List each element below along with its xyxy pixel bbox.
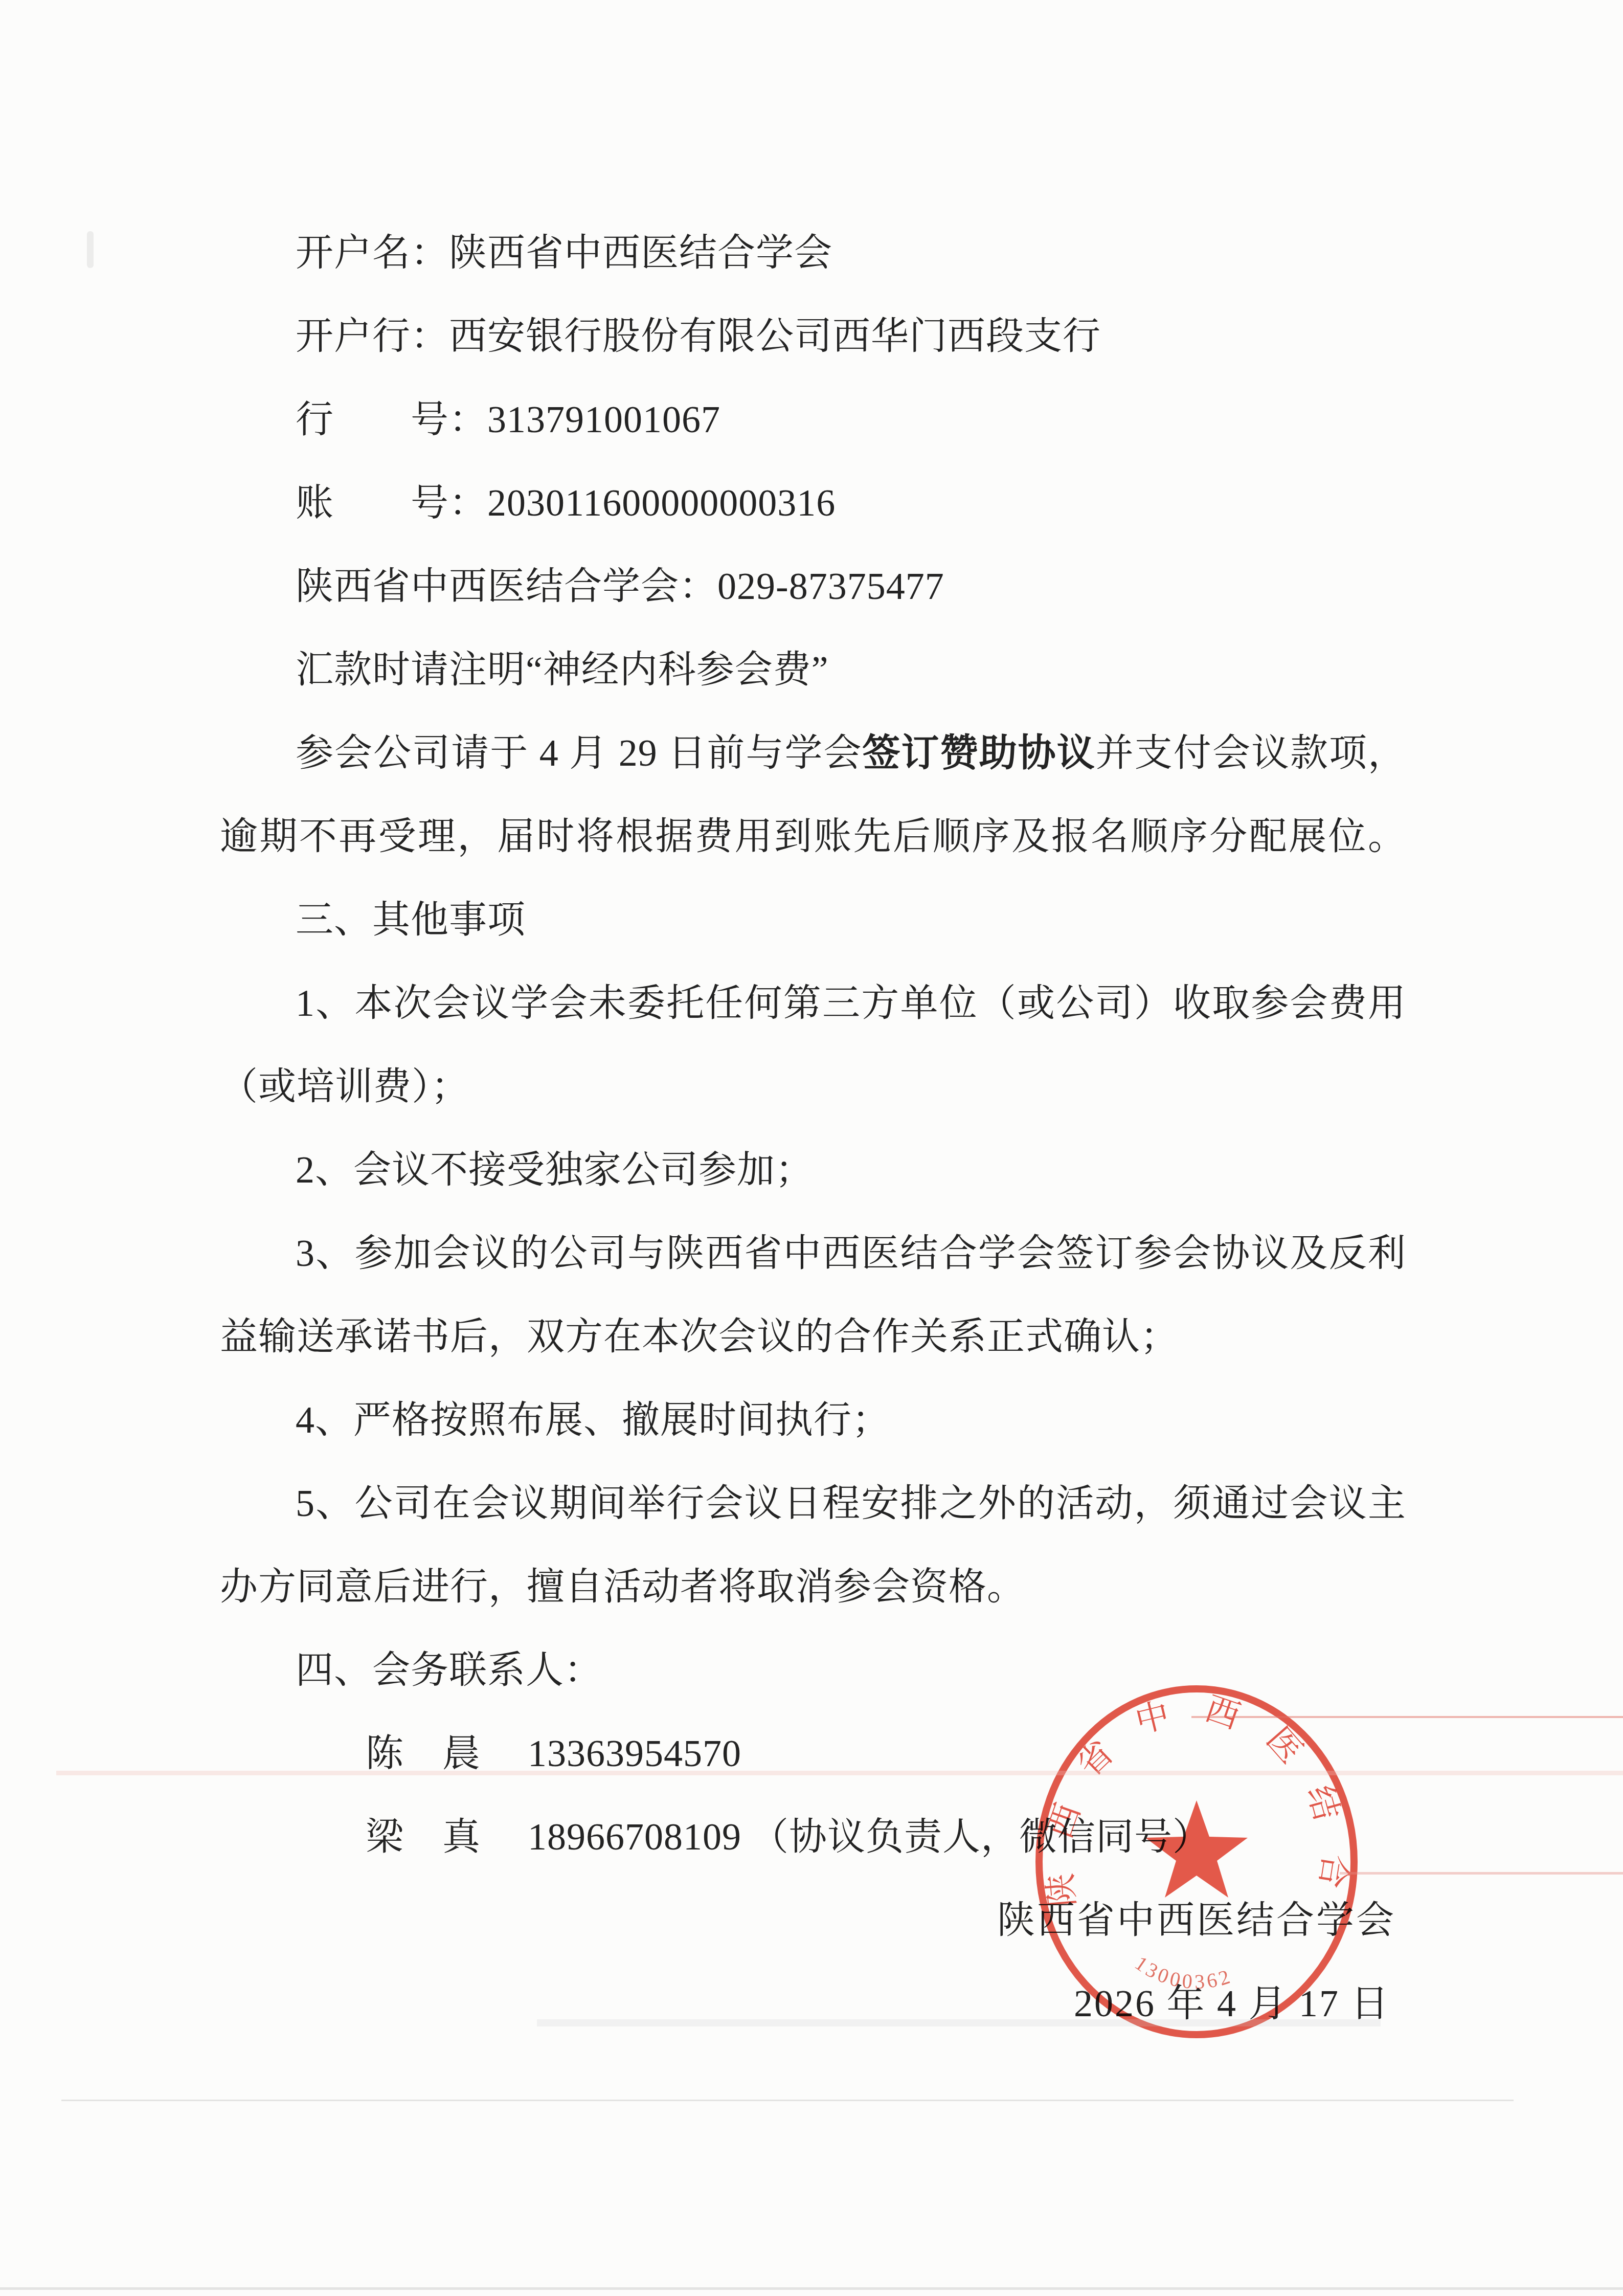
scan-artifact-smudge	[87, 231, 94, 268]
sponsor-text-pre: 参会公司请于 4 月 29 日前与学会	[296, 732, 863, 774]
sponsor-text-bold: 签订赞助协议	[863, 732, 1096, 774]
item3-line-1: 3、参加会议的公司与陕西省中西医结合学会签订参会协议及反利	[220, 1212, 1406, 1296]
seal-ring-text: 陕西省中西医结合学会	[1033, 1683, 1354, 1921]
remittance-note-line: 汇款时请注明“神经内科参会费”	[220, 629, 1406, 712]
item4-line: 4、严格按照布展、撤展时间执行；	[220, 1379, 1406, 1462]
contact-name: 陈 晨	[366, 1733, 481, 1775]
sponsor-paragraph-line-2: 逾期不再受理，届时将根据费用到账先后顺序及报名顺序分配展位。	[220, 795, 1406, 879]
bank-number-line: 行 号：313791001067	[220, 378, 1406, 462]
contact-phone: 13363954570	[528, 1733, 741, 1775]
bank-branch-line: 开户行：西安银行股份有限公司西华门西段支行	[220, 295, 1406, 378]
item1-line-2: （或培训费）；	[220, 1045, 1406, 1129]
section-three-heading: 三、其他事项	[220, 879, 1406, 962]
contact-name: 梁 真	[366, 1816, 481, 1858]
official-seal-stamp: 陕西省中西医结合学会 13000362	[1033, 1683, 1360, 2041]
seal-code-number: 13000362	[1131, 1951, 1235, 1993]
bank-account-name-line: 开户名：陕西省中西医结合学会	[220, 212, 1406, 295]
sponsor-paragraph-line-1: 参会公司请于 4 月 29 日前与学会签订赞助协议并支付会议款项，	[220, 712, 1406, 795]
item2-line: 2、会议不接受独家公司参加；	[220, 1129, 1406, 1212]
item5-line-2: 办方同意后进行，擅自活动者将取消参会资格。	[220, 1546, 1406, 1629]
scan-artifact-line	[61, 2100, 1514, 2101]
item3-line-2: 益输送承诺书后，双方在本次会议的合作关系正式确认；	[220, 1296, 1406, 1379]
document-page: 开户名：陕西省中西医结合学会 开户行：西安银行股份有限公司西华门西段支行 行 号…	[0, 0, 1623, 2296]
item5-line-1: 5、公司在会议期间举行会议日程安排之外的活动，须通过会议主	[220, 1462, 1406, 1546]
seal-star-icon	[1145, 1800, 1248, 1898]
scan-artifact-line	[0, 2287, 1623, 2290]
association-phone-line: 陕西省中西医结合学会：029-87375477	[220, 545, 1406, 629]
item1-line-1: 1、本次会议学会未委托任何第三方单位（或公司）收取参会费用	[220, 962, 1406, 1045]
account-number-line: 账 号：203011600000000316	[220, 462, 1406, 545]
sponsor-text-post: 并支付会议款项，	[1096, 732, 1406, 774]
contact-phone: 18966708109	[528, 1816, 741, 1858]
